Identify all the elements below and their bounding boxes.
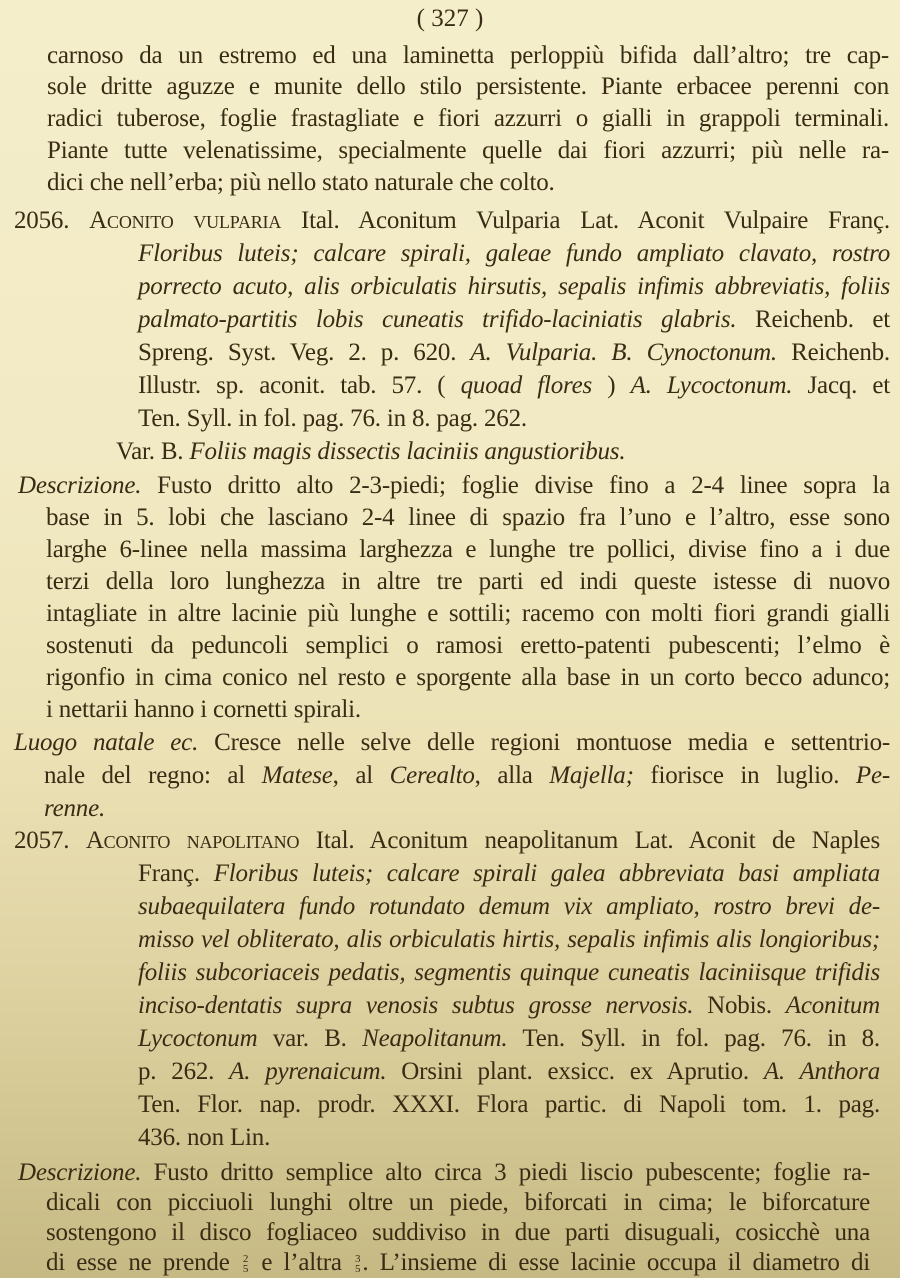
- description-line: base in 5. lobi che lasciano 2-4 linee d…: [46, 503, 890, 533]
- italian-name: Aconito napolitano: [86, 827, 299, 854]
- entry-heading: 2056. Aconito vulparia Ital. Aconitum Vu…: [14, 206, 890, 236]
- reference-text: Jacq. et: [792, 372, 890, 399]
- reference-text: Illustr. sp. aconit. tab. 57. (: [138, 372, 461, 399]
- diagnosis-line: Floribus luteis; calcare spirali, galeae…: [138, 239, 890, 269]
- reference-text: Nobis.: [693, 992, 786, 1019]
- diagnosis-line: misso vel obliterato, alis orbiculatis h…: [138, 925, 880, 955]
- description-line: di esse ne prende 25 e l’altra 35. L’ins…: [46, 1248, 870, 1278]
- diagnosis-line: inciso-dentatis supra venosis subtus gro…: [138, 991, 880, 1021]
- reference-text: var. B.: [257, 1025, 362, 1052]
- description-line: Descrizione. Fusto dritto alto 2-3-piedi…: [18, 471, 890, 501]
- text-line: dici che nell’erba; più nello stato natu…: [47, 168, 555, 198]
- habitat-line: nale del regno: al Matese, al Cerealto, …: [44, 761, 890, 791]
- description-text: Fusto dritto alto 2-3-piedi; foglie divi…: [141, 472, 890, 499]
- reference-text: Reichenb. et: [736, 306, 890, 333]
- entry-number: 2057.: [14, 827, 69, 854]
- reference-line: p. 262. A. pyrenaicum. Orsini plant. exs…: [138, 1057, 880, 1087]
- description-line: larghe 6-linee nella massima larghezza e…: [46, 535, 890, 565]
- habitat-text: , al: [333, 762, 390, 789]
- text-line: Piante tutte velenatissime, specialmente…: [47, 136, 889, 166]
- description-text: Fusto dritto semplice alto circa 3 piedi…: [141, 1159, 870, 1186]
- reference-line: Lycoctonum var. B. Neapolitanum. Ten. Sy…: [138, 1024, 880, 1054]
- reference-line: Spreng. Syst. Veg. 2. p. 620. A. Vulpari…: [138, 338, 890, 368]
- description-line: sostenuti da peduncoli semplici o ramosi…: [46, 631, 890, 661]
- variety-text: Foliis magis dissectis laciniis angustio…: [189, 438, 625, 465]
- fraction-denominator: 5: [243, 1264, 248, 1274]
- text-line: carnoso da un estremo ed una laminetta p…: [47, 41, 889, 71]
- habitat-text: nale del regno: al: [44, 762, 262, 789]
- description-line: terzi della loro lunghezza in altre tre …: [46, 567, 890, 597]
- fraction: 25: [243, 1254, 248, 1274]
- description-line: i nettarii hanno i cornetti spirali.: [46, 695, 361, 725]
- habitat-text: fiorisce in luglio.: [634, 762, 856, 789]
- description-line: sostengono il disco fogliaceo suddiviso …: [46, 1218, 870, 1248]
- habitat-line: renne.: [44, 794, 105, 824]
- variety-line: Var. B. Foliis magis dissectis laciniis …: [116, 437, 625, 467]
- latin-text: quoad flores: [461, 372, 593, 399]
- place-name: Matese: [262, 762, 333, 789]
- heading-synonyms: Franç.: [138, 860, 214, 887]
- entry-number: 2056.: [14, 207, 69, 234]
- heading-synonyms: Ital. Aconitum Vulparia Lat. Aconit Vulp…: [281, 207, 890, 234]
- latin-text: inciso-dentatis supra venosis subtus gro…: [138, 992, 693, 1019]
- entry-heading: 2057. Aconito napolitano Ital. Aconitum …: [14, 826, 880, 856]
- reference-text: Spreng. Syst. Veg. 2. p. 620.: [138, 339, 470, 366]
- latin-text: A. Vulparia. B. Cynoctonum.: [470, 339, 777, 366]
- reference-line: 436. non Lin.: [138, 1123, 270, 1153]
- diagnosis-line: palmato-partitis lobis cuneatis trifido-…: [138, 305, 890, 335]
- place-name: Majella;: [549, 762, 633, 789]
- latin-text: palmato-partitis lobis cuneatis trifido-…: [138, 306, 736, 333]
- description-line: Descrizione. Fusto dritto semplice alto …: [18, 1158, 870, 1188]
- latin-text: Aconitum: [786, 992, 880, 1019]
- habitat-text: Cresce nelle selve delle regioni montuos…: [198, 729, 890, 756]
- diagnosis-line: Franç. Floribus luteis; calcare spirali …: [138, 859, 880, 889]
- fraction: 35: [355, 1254, 360, 1274]
- page-number: ( 327 ): [0, 4, 900, 34]
- description-line: dicali con picciuoli lunghi oltre un pie…: [46, 1188, 870, 1218]
- reference-line: Ten. Flor. nap. prodr. XXXI. Flora parti…: [138, 1090, 880, 1120]
- description-text: di esse ne prende: [46, 1249, 241, 1276]
- habitat-line: Luogo natale ec. Cresce nelle selve dell…: [14, 728, 890, 758]
- latin-text: A. pyrenaicum.: [229, 1058, 386, 1085]
- place-name: Cerealto: [390, 762, 475, 789]
- description-text: . L’insieme di esse lacinie occupa il di…: [362, 1249, 870, 1276]
- italian-name: Aconito vulparia: [89, 207, 281, 234]
- text-line: sole dritte aguzze e munite dello stilo …: [47, 72, 889, 102]
- habitat-label: Luogo natale ec.: [14, 729, 198, 756]
- fraction-denominator: 5: [355, 1264, 360, 1274]
- variety-label: Var. B.: [116, 438, 189, 465]
- latin-text: A. Lycoctonum.: [631, 372, 793, 399]
- reference-text: Ten. Syll. in fol. pag. 76. in 8.: [507, 1025, 880, 1052]
- description-label: Descrizione.: [18, 1159, 141, 1186]
- diagnosis-line: subaequilatera fundo rotundato demum vix…: [138, 892, 880, 922]
- diagnosis-line: foliis subcoriaceis pedatis, segmentis q…: [138, 958, 880, 988]
- book-page: ( 327 ) carnoso da un estremo ed una lam…: [0, 0, 900, 1278]
- latin-text: Lycoctonum: [138, 1025, 257, 1052]
- text-line: radici tuberose, foglie frastagliate e f…: [47, 104, 889, 134]
- description-line: rigonfio in cima conico nel resto e spor…: [46, 663, 890, 693]
- reference-text: p. 262.: [138, 1058, 229, 1085]
- reference-text: Orsini plant. exsicc. ex Aprutio.: [386, 1058, 763, 1085]
- reference-line: Illustr. sp. aconit. tab. 57. ( quoad fl…: [138, 371, 890, 401]
- heading-synonyms: Ital. Aconitum neapolitanum Lat. Aconit …: [299, 827, 880, 854]
- reference-line: Ten. Syll. in fol. pag. 76. in 8. pag. 2…: [138, 404, 527, 434]
- latin-text: Floribus luteis; calcare spirali galea a…: [214, 860, 880, 887]
- latin-text: Neapolitanum.: [362, 1025, 507, 1052]
- reference-text: Reichenb.: [777, 339, 890, 366]
- latin-text: A. Anthora: [764, 1058, 880, 1085]
- habitat-text: , alla: [475, 762, 550, 789]
- description-line: intagliate in altre lacinie più lunghe e…: [46, 599, 890, 629]
- reference-text: ): [592, 372, 630, 399]
- diagnosis-line: porrecto acuto, alis orbiculatis hirsuti…: [138, 272, 890, 302]
- description-label: Descrizione.: [18, 472, 141, 499]
- description-text: e l’altra: [250, 1249, 353, 1276]
- duration-text: Pe-: [856, 762, 890, 789]
